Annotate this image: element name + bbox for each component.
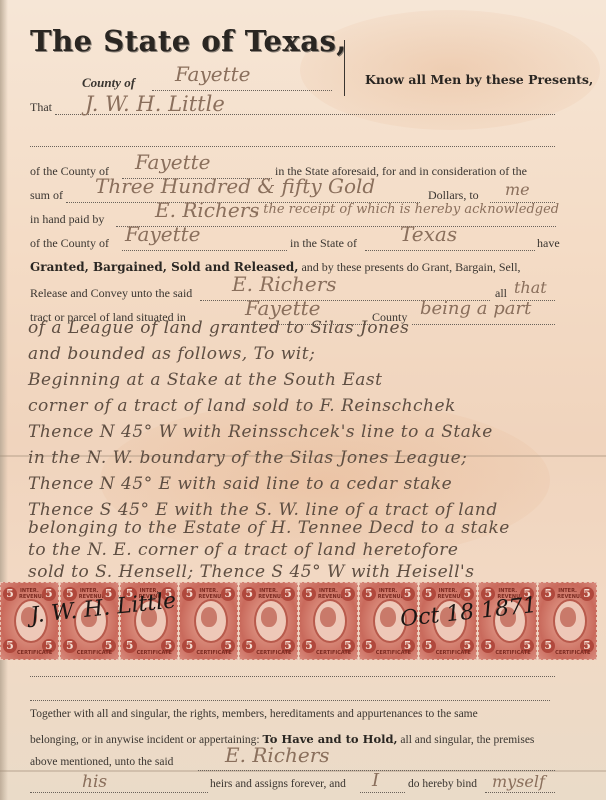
bind-field-line xyxy=(485,792,555,793)
sum-label: sum of xyxy=(30,188,63,203)
of-county-label-2: of the County of xyxy=(30,236,109,251)
release-grantee-value: E. Richers xyxy=(232,272,337,296)
above-mentioned-label: above mentioned, unto the said xyxy=(30,756,173,768)
i-field-line xyxy=(360,792,405,793)
bind-label: do hereby bind xyxy=(408,778,477,790)
tract-county-value: Fayette xyxy=(245,296,321,320)
revenue-stamp: INTER. REVENUE5555CERTIFICATE xyxy=(179,582,238,660)
above-grantee-value: E. Richers xyxy=(225,743,330,767)
his-value: his xyxy=(82,772,107,792)
washington-portrait-icon xyxy=(380,607,396,627)
description-line: of a League of land granted to Silas Jon… xyxy=(28,318,409,338)
page-left-edge xyxy=(0,0,8,800)
dollars-to-text: Dollars, to xyxy=(428,188,479,203)
description-line: Beginning at a Stake at the South East xyxy=(28,370,382,390)
grantor-county-value: Fayette xyxy=(135,150,211,174)
washington-portrait-icon xyxy=(261,607,277,627)
all-value: that xyxy=(514,278,547,297)
revenue-stamp: INTER. REVENUE5555CERTIFICATE xyxy=(239,582,298,660)
heirs-label: heirs and assigns forever, and xyxy=(210,778,346,790)
have-hold-rest: all and singular, the premises xyxy=(400,734,534,746)
revenue-stamp: INTER. REVENUE5555CERTIFICATE xyxy=(538,582,597,660)
washington-portrait-icon xyxy=(560,607,576,627)
blank-field-line xyxy=(30,700,550,701)
his-field-line xyxy=(30,792,208,793)
description-line: sold to S. Hensell; Thence S 45° W with … xyxy=(28,562,474,582)
paid-to-value: me xyxy=(505,180,530,199)
washington-portrait-icon xyxy=(201,607,217,627)
hand-paid-label: in hand paid by xyxy=(30,212,104,227)
county-label: County of xyxy=(82,75,135,91)
being-part-value: being a part xyxy=(420,298,531,319)
blank-field-line xyxy=(30,676,555,677)
release-label: Release and Convey unto the said xyxy=(30,286,192,301)
in-state-label: in the State of xyxy=(290,236,357,251)
that-label: That xyxy=(30,100,52,115)
grantee-county-line xyxy=(122,250,287,251)
description-line: Thence N 45° E with said line to a cedar… xyxy=(28,474,452,494)
together-clause: Together with all and singular, the righ… xyxy=(30,708,478,720)
revenue-stamp: INTER. REVENUE5555CERTIFICATE xyxy=(299,582,358,660)
grantee-name: E. Richers xyxy=(155,198,260,222)
grantee-state-line xyxy=(365,250,535,251)
description-line: belonging to the Estate of H. Tennee Dec… xyxy=(28,518,510,538)
bind-value: myself xyxy=(492,772,545,791)
know-all-men-heading: Know all Men by these Presents, xyxy=(365,72,593,87)
county-field-value: Fayette xyxy=(175,62,251,86)
description-line: corner of a tract of land sold to F. Rei… xyxy=(28,396,456,416)
description-line: in the N. W. boundary of the Silas Jones… xyxy=(28,448,467,468)
washington-portrait-icon xyxy=(320,607,336,627)
i-value: I xyxy=(372,770,379,791)
grantee-state-value: Texas xyxy=(400,222,457,246)
grantee-county-value: Fayette xyxy=(125,222,201,246)
brace-divider xyxy=(340,40,345,96)
document-title: The State of Texas, xyxy=(30,24,347,58)
grantor-name: J. W. H. Little xyxy=(85,92,225,116)
description-line: to the N. E. corner of a tract of land h… xyxy=(28,540,458,560)
description-line: Thence N 45° W with Reinsschcek's line t… xyxy=(28,422,493,442)
blank-field-line xyxy=(30,146,555,147)
receipt-note: , the receipt of which is hereby acknowl… xyxy=(255,202,559,217)
description-line: and bounded as follows, To wit; xyxy=(28,344,315,364)
county-field-line xyxy=(152,90,332,91)
being-part-line xyxy=(412,324,555,325)
have-label: have xyxy=(537,236,560,251)
sum-value: Three Hundred & fifty Gold xyxy=(95,174,375,198)
description-line: Thence S 45° E with the S. W. line of a … xyxy=(28,500,498,520)
